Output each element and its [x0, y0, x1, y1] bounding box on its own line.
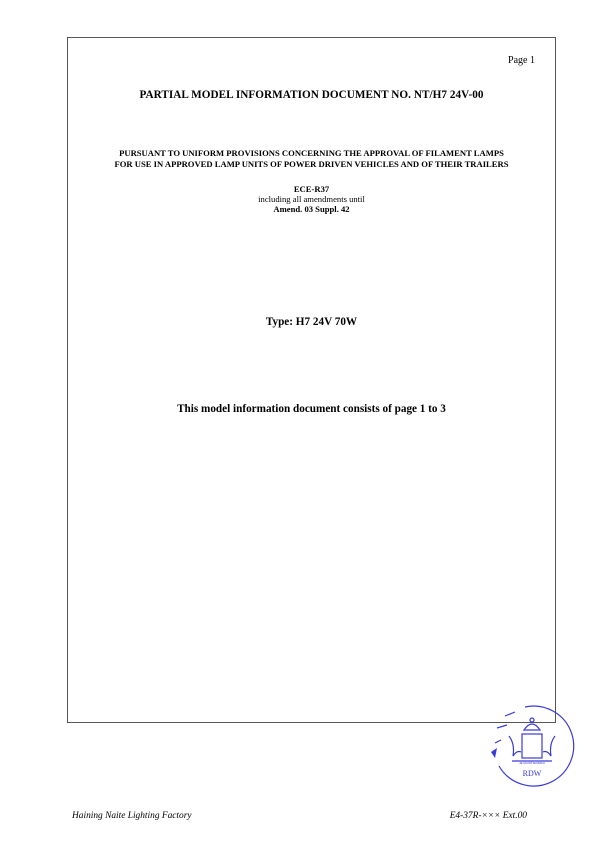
rdw-seal-icon: RDW JE MAINTIENDRAI	[487, 700, 577, 790]
stamp-banner: JE MAINTIENDRAI	[519, 761, 545, 765]
footer-reference: E4-37R-××× Ext.00	[450, 811, 527, 821]
pursuant-line-1: PURSUANT TO UNIFORM PROVISIONS CONCERNIN…	[67, 148, 556, 159]
footer-company: Haining Naite Lighting Factory	[72, 811, 192, 821]
pursuant-line-2: FOR USE IN APPROVED LAMP UNITS OF POWER …	[67, 159, 556, 170]
lamp-type: Type: H7 24V 70W	[67, 316, 556, 328]
regulation-block: ECE-R37 including all amendments until A…	[67, 184, 556, 214]
rdw-stamp: RDW JE MAINTIENDRAI	[487, 700, 577, 790]
page-range-note: This model information document consists…	[67, 403, 556, 415]
pursuant-heading: PURSUANT TO UNIFORM PROVISIONS CONCERNIN…	[67, 148, 556, 170]
stamp-label: RDW	[523, 769, 542, 778]
page-number: Page 1	[508, 55, 535, 66]
document-title: PARTIAL MODEL INFORMATION DOCUMENT NO. N…	[67, 89, 556, 101]
amendment-level: Amend. 03 Suppl. 42	[67, 204, 556, 214]
document-frame	[67, 37, 556, 723]
amendments-note: including all amendments until	[67, 194, 556, 204]
regulation-number: ECE-R37	[67, 184, 556, 194]
